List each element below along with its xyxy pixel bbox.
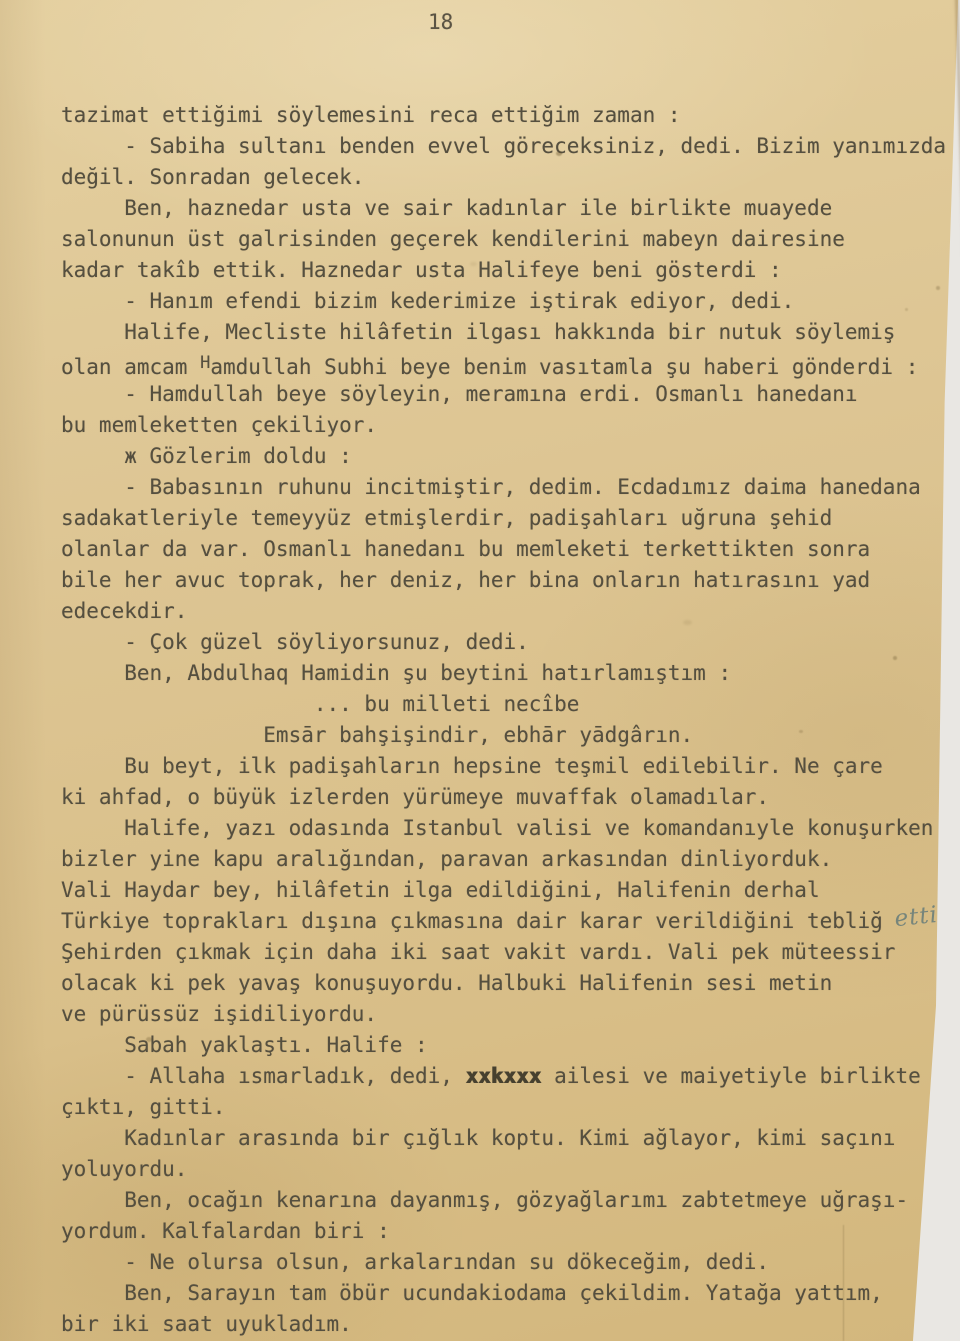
typed-text: amdullah Subhi beye benim vasıtamla şu h…	[210, 355, 918, 379]
text-line: olanlar da var. Osmanlı hanedanı bu meml…	[61, 534, 960, 565]
typed-text: Türkiye toprakları dışına çıkmasına dair…	[61, 909, 895, 933]
text-line: Sabah yaklaştı. Halife :	[61, 1030, 960, 1061]
typed-text: bizler yine kapu aralığından, paravan ar…	[61, 847, 832, 871]
typed-text: olacak ki pek yavaş konuşuyordu. Halbuki…	[61, 971, 832, 995]
text-line: olan amcam Hamdullah Subhi beye benim va…	[61, 348, 960, 379]
text-line: ж Gözlerim doldu :	[61, 441, 960, 472]
typed-text: Halife, Mecliste hilâfetin ilgası hakkın…	[61, 320, 895, 344]
text-line: Kadınlar arasında bir çığlık koptu. Kimi…	[61, 1123, 960, 1154]
typed-text: ж Gözlerim doldu :	[61, 444, 352, 468]
text-line: Halife, Mecliste hilâfetin ilgası hakkın…	[61, 317, 960, 348]
paper-speck	[683, 620, 692, 625]
typed-text: sadakatleriyle temeyyüz etmişlerdir, pad…	[61, 506, 832, 530]
typed-text: tazimat ettiğimi söylemesini reca ettiği…	[61, 103, 681, 127]
typed-text: - Çok güzel söyliyorsunuz, dedi.	[61, 630, 529, 654]
typed-text: bile her avuc toprak, her deniz, her bin…	[61, 568, 870, 592]
typed-text: ve pürüssüz işidiliyordu.	[61, 1002, 377, 1026]
text-line: - Ne olursa olsun, arkalarından su dökec…	[61, 1247, 960, 1278]
text-line: ... bu milleti necîbe	[61, 689, 960, 720]
text-line: çıktı, gitti.	[61, 1092, 960, 1123]
typed-text: yordum. Kalfalardan biri :	[61, 1219, 390, 1243]
typed-text: - Babasının ruhunu incitmiştir, dedim. E…	[61, 475, 921, 499]
text-line: - Sabiha sultanı benden evvel göreceksin…	[61, 131, 960, 162]
typed-text: - Sabiha sultanı benden evvel göreceksin…	[61, 134, 946, 158]
paper-speck	[799, 730, 803, 733]
typed-text: Bu beyt, ilk padişahların hepsine teşmil…	[61, 754, 883, 778]
text-line: olacak ki pek yavaş konuşuyordu. Halbuki…	[61, 968, 960, 999]
text-line: Vali Haydar bey, hilâfetin ilga edildiği…	[61, 875, 960, 906]
text-line: sadakatleriyle temeyyüz etmişlerdir, pad…	[61, 503, 960, 534]
typed-text: edecekdir.	[61, 599, 187, 623]
paper-speck	[146, 1037, 152, 1042]
raised-letter: H	[200, 353, 210, 373]
typed-text: Ben, haznedar usta ve sair kadınlar ile …	[61, 196, 832, 220]
typed-text: Şehirden çıkmak için daha iki saat vakit…	[61, 940, 895, 964]
paper-speck	[556, 151, 562, 156]
typed-text: - Allaha ısmarladık, dedi,	[61, 1064, 466, 1088]
text-line: ki ahfad, o büyük izlerden yürümeye muva…	[61, 782, 960, 813]
text-line: bizler yine kapu aralığından, paravan ar…	[61, 844, 960, 875]
text-line: - Hamdullah beye söyleyin, meramına erdi…	[61, 379, 960, 410]
text-line: bu memleketten çekiliyor.	[61, 410, 960, 441]
text-line: Ben, haznedar usta ve sair kadınlar ile …	[61, 193, 960, 224]
page-number: 18	[428, 10, 453, 34]
text-line: değil. Sonradan gelecek.	[61, 162, 960, 193]
text-line: Ben, Abdulhaq Hamidin şu beytini hatırla…	[61, 658, 960, 689]
typed-text: ... bu milleti necîbe	[61, 692, 579, 716]
typed-text: ailesi ve maiyetiyle birlikte	[541, 1064, 920, 1088]
text-line: Türkiye toprakları dışına çıkmasına dair…	[61, 906, 960, 937]
text-line: - Babasının ruhunu incitmiştir, dedim. E…	[61, 472, 960, 503]
paper-sheet: 18 tazimat ettiğimi söylemesini reca ett…	[0, 0, 960, 1341]
typed-text: - Ne olursa olsun, arkalarından su dökec…	[61, 1250, 769, 1274]
typed-text: olanlar da var. Osmanlı hanedanı bu meml…	[61, 537, 870, 561]
typed-text: ki ahfad, o büyük izlerden yürümeye muva…	[61, 785, 769, 809]
typed-text: - Hamdullah beye söyleyin, meramına erdi…	[61, 382, 858, 406]
text-line: Ben, ocağın kenarına dayanmış, gözyağlar…	[61, 1185, 960, 1216]
text-line: bile her avuc toprak, her deniz, her bin…	[61, 565, 960, 596]
typed-text: Emsār bahşişindir, ebhār yādgârın.	[61, 723, 693, 747]
text-line: Bu beyt, ilk padişahların hepsine teşmil…	[61, 751, 960, 782]
typed-text: Ben, Abdulhaq Hamidin şu beytini hatırla…	[61, 661, 731, 685]
text-line: Şehirden çıkmak için daha iki saat vakit…	[61, 937, 960, 968]
paper-speck	[893, 656, 897, 660]
text-line: - Hanım efendi bizim kederimize iştirak …	[61, 286, 960, 317]
paper-speck	[470, 262, 477, 266]
typed-text: bir iki saat uyukladım.	[61, 1312, 352, 1336]
handwritten-annotation: etti	[894, 900, 940, 935]
text-line: - Çok güzel söyliyorsunuz, dedi.	[61, 627, 960, 658]
paper-speck	[936, 286, 940, 290]
paper-crease	[843, 1225, 844, 1341]
text-line: tazimat ettiğimi söylemesini reca ettiği…	[61, 100, 960, 131]
paper-edge-shadow	[955, 0, 960, 1341]
typed-text: Halife, yazı odasında Istanbul valisi ve…	[61, 816, 933, 840]
text-line: salonunun üst galrisinden geçerek kendil…	[61, 224, 960, 255]
typed-overstrike: xxkxxx	[466, 1064, 542, 1088]
text-line: Emsār bahşişindir, ebhār yādgârın.	[61, 720, 960, 751]
typed-text: Vali Haydar bey, hilâfetin ilga edildiği…	[61, 878, 820, 902]
typed-text: - Hanım efendi bizim kederimize iştirak …	[61, 289, 794, 313]
typed-text: Ben, ocağın kenarına dayanmış, gözyağlar…	[61, 1188, 908, 1212]
text-line: bir iki saat uyukladım.	[61, 1309, 960, 1340]
typed-text: salonunun üst galrisinden geçerek kendil…	[61, 227, 845, 251]
typed-text: bu memleketten çekiliyor.	[61, 413, 377, 437]
typed-text: Sabah yaklaştı. Halife :	[61, 1033, 428, 1057]
paper-speck	[905, 308, 908, 311]
text-line: yordum. Kalfalardan biri :	[61, 1216, 960, 1247]
scanned-typewritten-page: { "page": { "number": "18" }, "colors": …	[0, 0, 960, 1341]
text-line: edecekdir.	[61, 596, 960, 627]
text-line: kadar takîb ettik. Haznedar usta Halifey…	[61, 255, 960, 286]
typed-text: kadar takîb ettik. Haznedar usta Halifey…	[61, 258, 782, 282]
typed-text: yoluyordu.	[61, 1157, 187, 1181]
typed-text: değil. Sonradan gelecek.	[61, 165, 364, 189]
typed-text: çıktı, gitti.	[61, 1095, 225, 1119]
text-line: Halife, yazı odasında Istanbul valisi ve…	[61, 813, 960, 844]
text-line: Ben, Sarayın tam öbür ucundakiodama çeki…	[61, 1278, 960, 1309]
text-body: tazimat ettiğimi söylemesini reca ettiği…	[61, 100, 960, 1340]
text-line: - Allaha ısmarladık, dedi, xxkxxx ailesi…	[61, 1061, 960, 1092]
text-line: ve pürüssüz işidiliyordu.	[61, 999, 960, 1030]
text-line: yoluyordu.	[61, 1154, 960, 1185]
typed-text: Ben, Sarayın tam öbür ucundakiodama çeki…	[61, 1281, 883, 1305]
typed-text: olan amcam	[61, 355, 200, 379]
scan-area: 18 tazimat ettiğimi söylemesini reca ett…	[0, 0, 960, 1341]
typed-text: Kadınlar arasında bir çığlık koptu. Kimi…	[61, 1126, 895, 1150]
